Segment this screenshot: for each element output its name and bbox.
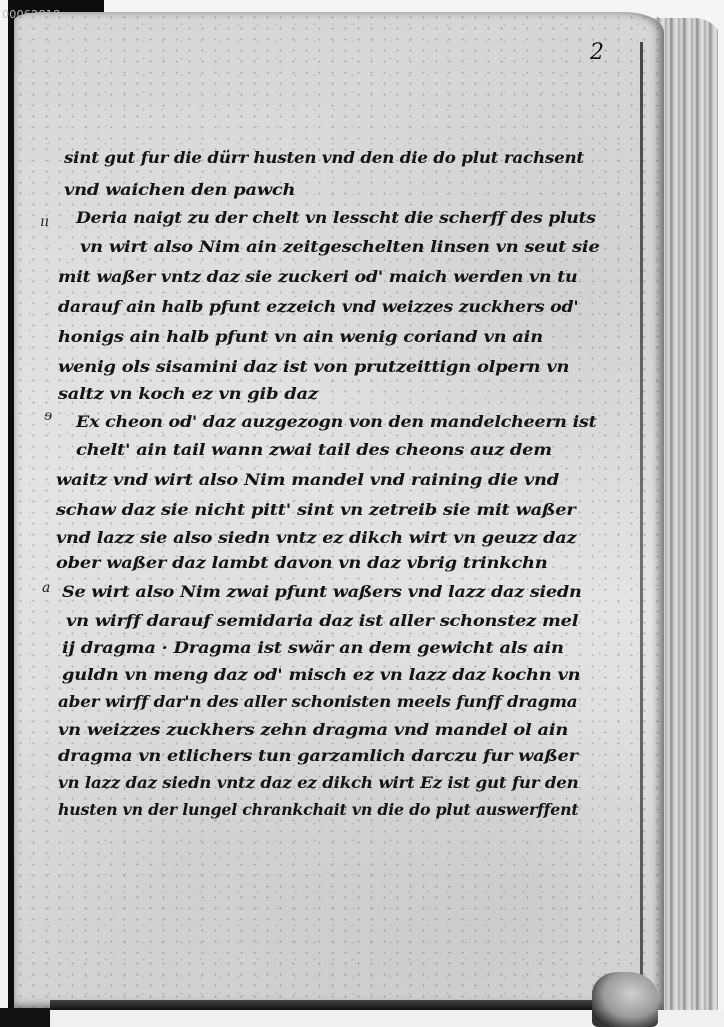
text-line: Se wirt also Nim zwai pfunt waßers vnd l… — [62, 582, 581, 601]
text-line: guldn vn meng daz od' misch ez vn lazz d… — [62, 665, 580, 684]
text-line: vn wirt also Nim ain zeitgeschelten lins… — [80, 237, 600, 256]
text-line: saltz vn koch ez vn gib daz — [58, 384, 318, 403]
holding-thumb — [592, 972, 658, 1027]
scan-background-strip — [0, 0, 8, 1027]
text-line: darauf ain halb pfunt ezzeich vnd weizze… — [58, 297, 578, 316]
margin-mark-3: a — [42, 580, 50, 596]
scan-background-bottom-dark — [0, 1008, 50, 1027]
text-line: Deria naigt zu der chelt vn lesscht die … — [76, 208, 596, 227]
page-bottom-shadow — [50, 1000, 610, 1010]
text-line: ober waßer daz lambt davon vn daz vbrig … — [56, 553, 547, 572]
text-line: schaw daz sie nicht pitt' sint vn zetrei… — [56, 500, 576, 519]
text-line: mit waßer vntz daz sie zuckeri od' maich… — [58, 267, 578, 286]
text-line: vnd lazz sie also siedn vntz ez dikch wi… — [56, 528, 576, 547]
text-line: wenig ols sisamini daz ist von prutzeitt… — [58, 357, 569, 376]
text-line: sint gut fur die dürr husten vnd den die… — [64, 148, 584, 167]
text-line: chelt' ain tail wann zwai tail des cheon… — [76, 440, 552, 459]
text-line: dragma vn etlichers tun garzamlich darcz… — [58, 746, 578, 765]
text-line: vn lazz daz siedn vntz daz ez dikch wirt… — [58, 773, 579, 792]
page-fold-line — [640, 42, 643, 1002]
text-line: vn wirff darauf semidaria daz ist aller … — [66, 611, 578, 630]
margin-mark-2: ɘ — [44, 408, 52, 424]
text-line: aber wirff dar'n des aller schonisten me… — [58, 692, 577, 711]
text-line: waitz vnd wirt also Nim mandel vnd raini… — [56, 470, 559, 489]
text-line: honigs ain halb pfunt vn ain wenig coria… — [58, 327, 543, 346]
margin-mark-1: ıı — [40, 214, 49, 230]
text-line: ij dragma · Dragma ist swär an dem gewic… — [62, 638, 564, 657]
folio-number: 2 — [590, 40, 604, 65]
text-line: vn weizzes zuckhers zehn dragma vnd mand… — [58, 720, 568, 739]
text-line: vnd waichen den pawch — [64, 180, 295, 199]
text-line: Ex cheon od' daz auzgezogn von den mande… — [76, 412, 596, 431]
text-line: husten vn der lungel chrankchait vn die … — [58, 800, 578, 819]
